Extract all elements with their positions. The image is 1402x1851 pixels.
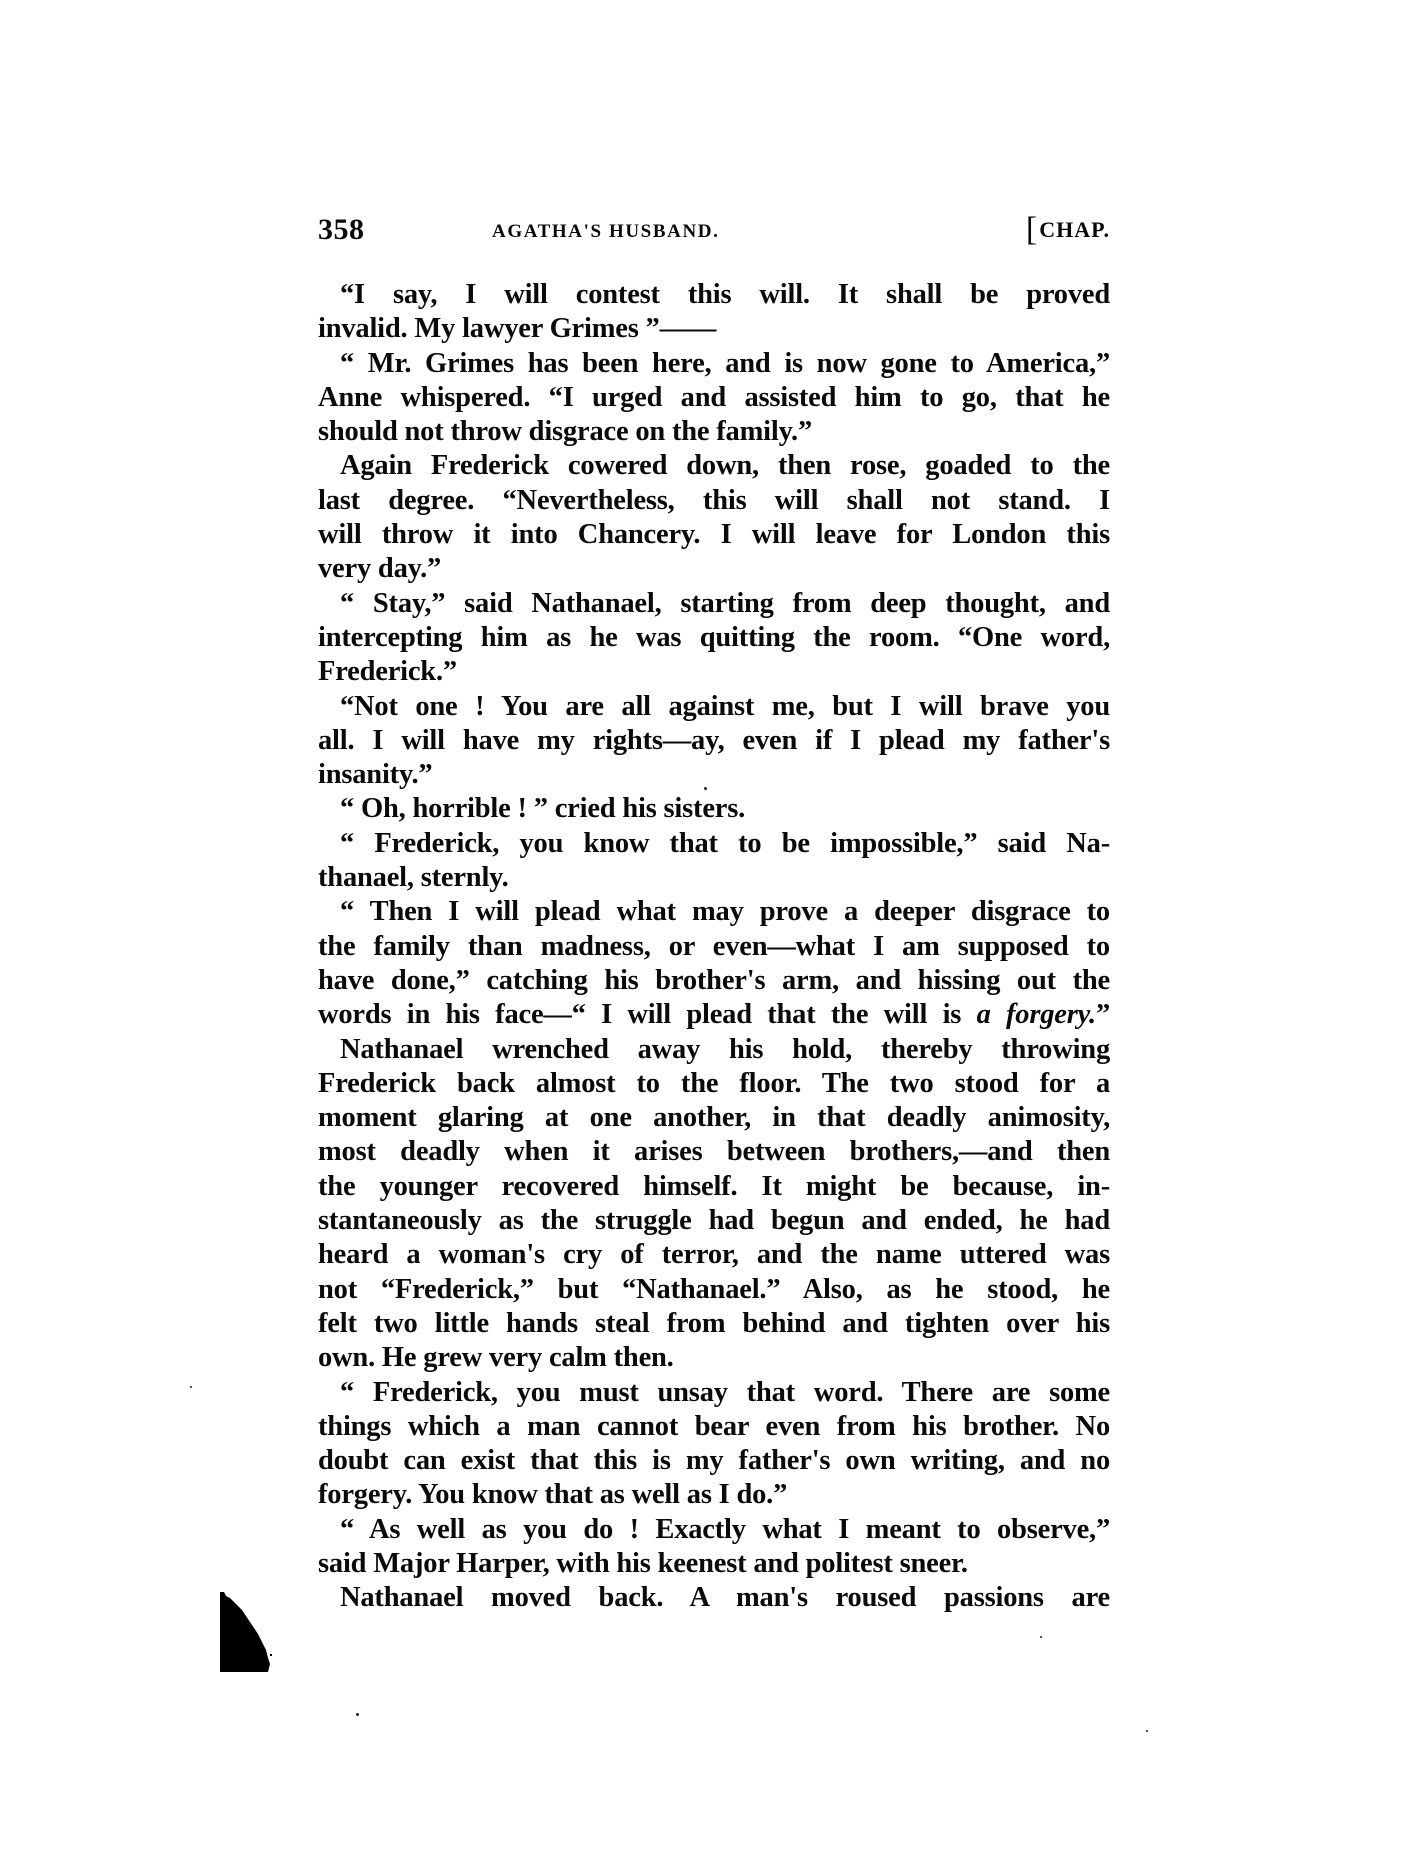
chapter-bracket: [ — [1026, 211, 1038, 248]
paper-speck — [704, 787, 707, 790]
paper-speck — [1146, 1730, 1148, 1732]
text-line-content: all. I will have my rights—ay, even if I… — [318, 725, 1110, 756]
text-line: the younger recovered himself. It might … — [318, 1170, 1110, 1204]
text-line-content: have done,” catching his brother's arm, … — [318, 965, 1110, 996]
text-line: Frederick back almost to the floor. The … — [318, 1067, 1110, 1101]
text-line-content: not “Frederick,” but “Nathanael.” Also, … — [318, 1274, 1110, 1305]
text-line: invalid. My lawyer Grimes ”—— — [318, 312, 1110, 346]
page-number: 358 — [318, 212, 365, 248]
closing-quote: ” — [1096, 999, 1110, 1030]
text-line-content: forgery. You know that as well as I do.” — [318, 1479, 787, 1510]
text-line-content: Nathanael moved back. A man's roused pas… — [340, 1582, 1110, 1613]
text-line-content: “ Mr. Grimes has been here, and is now g… — [340, 348, 1110, 379]
text-line: “ As well as you do ! Exactly what I mea… — [318, 1513, 1110, 1547]
text-line: stantaneously as the struggle had begun … — [318, 1204, 1110, 1238]
text-line: all. I will have my rights—ay, even if I… — [318, 724, 1110, 758]
text-line: have done,” catching his brother's arm, … — [318, 964, 1110, 998]
text-line-content: Nathanael wrenched away his hold, thereb… — [340, 1034, 1110, 1065]
text-line: Nathanael moved back. A man's roused pas… — [318, 1581, 1110, 1615]
text-line: will throw it into Chancery. I will leav… — [318, 518, 1110, 552]
chapter-label: [CHAP. — [1026, 214, 1110, 246]
text-line-content: Anne whispered. “I urged and assisted hi… — [318, 382, 1110, 413]
text-line-content: “ Oh, horrible ! ” cried his sisters. — [340, 793, 745, 824]
text-line: words in his face—“ I will plead that th… — [318, 998, 1110, 1032]
page-corner-shadow-icon — [220, 1592, 272, 1672]
text-line-content: “ Frederick, you know that to be impossi… — [340, 828, 1110, 859]
text-line-content: most deadly when it arises between broth… — [318, 1136, 1110, 1167]
paper-speck — [356, 1713, 359, 1716]
text-line: “I say, I will contest this will. It sha… — [318, 278, 1110, 312]
text-line: forgery. You know that as well as I do.” — [318, 1478, 1110, 1512]
chapter-label-text: CHAP. — [1039, 217, 1110, 242]
text-line-content: “ Stay,” said Nathanael, starting from d… — [340, 588, 1110, 619]
text-line: doubt can exist that this is my father's… — [318, 1444, 1110, 1478]
running-head: 358 AGATHA'S HUSBAND. [CHAP. — [318, 212, 1110, 248]
text-line-content: the younger recovered himself. It might … — [318, 1171, 1110, 1202]
book-page: 358 AGATHA'S HUSBAND. [CHAP. “I say, I w… — [0, 0, 1402, 1851]
text-line-content: “ Then I will plead what may prove a dee… — [340, 896, 1110, 927]
text-line: things which a man cannot bear even from… — [318, 1410, 1110, 1444]
text-line: “ Oh, horrible ! ” cried his sisters. — [318, 792, 1110, 826]
text-line-content: doubt can exist that this is my father's… — [318, 1445, 1110, 1476]
text-line-content: felt two little hands steal from behind … — [318, 1308, 1110, 1339]
text-line-content: stantaneously as the struggle had begun … — [318, 1205, 1110, 1236]
running-title: AGATHA'S HUSBAND. — [492, 217, 719, 247]
text-line-content: “ As well as you do ! Exactly what I mea… — [340, 1514, 1110, 1545]
text-line-content: will throw it into Chancery. I will leav… — [318, 519, 1110, 550]
text-line: “ Frederick, you must unsay that word. T… — [318, 1376, 1110, 1410]
text-line-content: things which a man cannot bear even from… — [318, 1411, 1110, 1442]
text-line-content: “ Frederick, you must unsay that word. T… — [340, 1377, 1110, 1408]
text-line: moment glaring at one another, in that d… — [318, 1101, 1110, 1135]
text-line-content: insanity.” — [318, 759, 432, 790]
text-line-content: the family than madness, or even—what I … — [318, 931, 1110, 962]
text-line: very day.” — [318, 552, 1110, 586]
text-line: intercepting him as he was quitting the … — [318, 621, 1110, 655]
text-line-content: “Not one ! You are all against me, but I… — [340, 691, 1110, 722]
text-line-content: very day.” — [318, 553, 441, 584]
text-line: Anne whispered. “I urged and assisted hi… — [318, 381, 1110, 415]
text-line-content: last degree. “Nevertheless, this will sh… — [318, 485, 1110, 516]
italic-emphasis: a forgery. — [977, 999, 1096, 1030]
text-line-content: thanael, sternly. — [318, 862, 509, 893]
paper-speck — [190, 1386, 192, 1388]
text-line-content: own. He grew very calm then. — [318, 1342, 674, 1373]
text-line-content: Again Frederick cowered down, then rose,… — [340, 450, 1110, 481]
text-line: “ Stay,” said Nathanael, starting from d… — [318, 587, 1110, 621]
text-line: should not throw disgrace on the family.… — [318, 415, 1110, 449]
text-line: not “Frederick,” but “Nathanael.” Also, … — [318, 1273, 1110, 1307]
text-line: felt two little hands steal from behind … — [318, 1307, 1110, 1341]
text-line: Nathanael wrenched away his hold, thereb… — [318, 1033, 1110, 1067]
text-line-content: invalid. My lawyer Grimes ”—— — [318, 313, 716, 344]
text-line: “ Mr. Grimes has been here, and is now g… — [318, 347, 1110, 381]
text-line: last degree. “Nevertheless, this will sh… — [318, 484, 1110, 518]
text-line: heard a woman's cry of terror, and the n… — [318, 1238, 1110, 1272]
text-line-content: Frederick.” — [318, 656, 457, 687]
text-line: “Not one ! You are all against me, but I… — [318, 690, 1110, 724]
text-line: “ Then I will plead what may prove a dee… — [318, 895, 1110, 929]
body-text: “I say, I will contest this will. It sha… — [318, 278, 1110, 1616]
text-line-content: heard a woman's cry of terror, and the n… — [318, 1239, 1110, 1270]
text-line: the family than madness, or even—what I … — [318, 930, 1110, 964]
text-line-content: should not throw disgrace on the family.… — [318, 416, 812, 447]
text-line-content: said Major Harper, with his keenest and … — [318, 1548, 968, 1579]
text-line: Again Frederick cowered down, then rose,… — [318, 449, 1110, 483]
text-line: thanael, sternly. — [318, 861, 1110, 895]
text-line-content: words in his face—“ I will plead that th… — [318, 999, 977, 1030]
paper-speck — [1040, 1636, 1042, 1638]
text-line-content: moment glaring at one another, in that d… — [318, 1102, 1110, 1133]
text-line: own. He grew very calm then. — [318, 1341, 1110, 1375]
text-line-content: Frederick back almost to the floor. The … — [318, 1068, 1110, 1099]
text-line: “ Frederick, you know that to be impossi… — [318, 827, 1110, 861]
text-line-content: “I say, I will contest this will. It sha… — [340, 279, 1110, 310]
text-line: Frederick.” — [318, 655, 1110, 689]
text-line: insanity.” — [318, 758, 1110, 792]
text-line-content: intercepting him as he was quitting the … — [318, 622, 1110, 653]
text-line: said Major Harper, with his keenest and … — [318, 1547, 1110, 1581]
text-line: most deadly when it arises between broth… — [318, 1135, 1110, 1169]
